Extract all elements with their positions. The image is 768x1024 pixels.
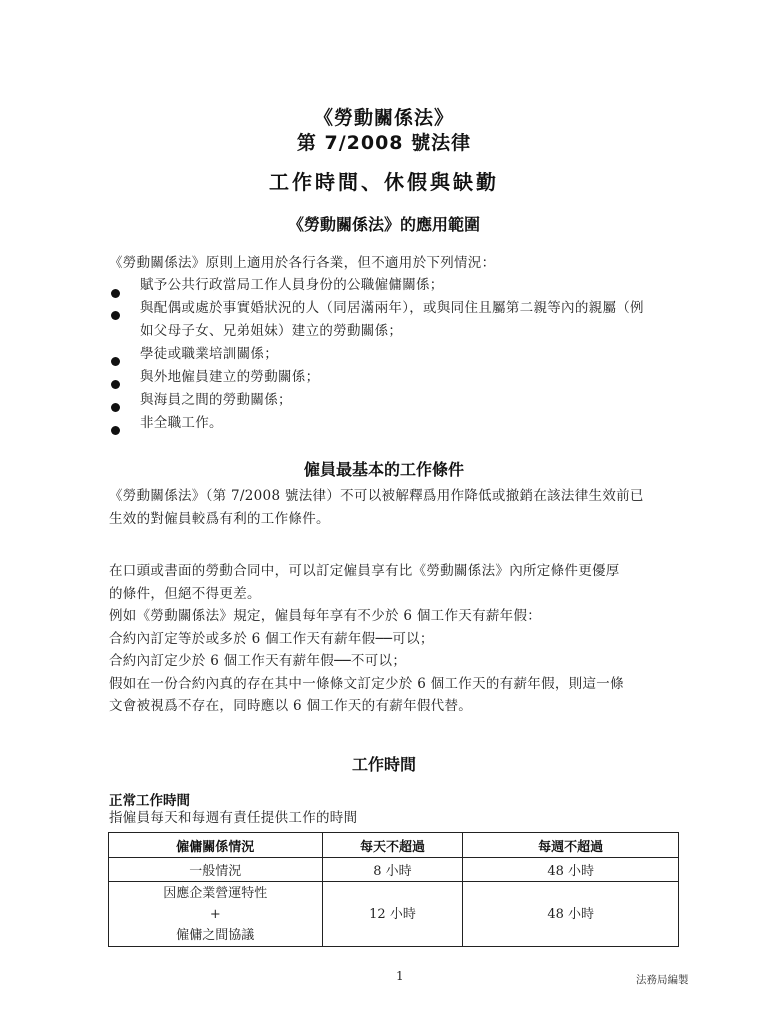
list-item: 賦予公共行政當局工作人員身份的公職僱傭關係； bbox=[140, 274, 444, 296]
cell-situation: 因應企業營運特性 + 僱傭之間協議 bbox=[109, 882, 323, 947]
working-hours-table: 僱傭關係情況 每天不超過 每週不超過 一般情況 8 小時 48 小時 因應企業營… bbox=[108, 832, 679, 947]
bullet-icon bbox=[111, 289, 120, 298]
footer-credit: 法務局編製 bbox=[636, 972, 689, 987]
text-line: 合約內訂定等於或多於 6 個工作天有薪年假──可以； bbox=[109, 628, 689, 651]
bullet-icon bbox=[111, 311, 120, 320]
text-line: 在口頭或書面的勞動合同中，可以訂定僱員享有比《勞動關係法》內所定條件更優厚 bbox=[109, 560, 689, 583]
text-line: 合約內訂定少於 6 個工作天有薪年假──不可以； bbox=[109, 650, 689, 673]
list-item: 與海員之間的勞動關係； bbox=[140, 389, 292, 411]
table-row: 一般情況 8 小時 48 小時 bbox=[109, 858, 679, 882]
cell-weekly: 48 小時 bbox=[463, 858, 679, 882]
column-header-weekly: 每週不超過 bbox=[463, 833, 679, 858]
bullet-icon bbox=[111, 380, 120, 389]
cell-situation: 一般情況 bbox=[109, 858, 323, 882]
section-heading-scope: 《勞動關係法》的應用範圍 bbox=[0, 212, 768, 235]
text-line: 文會被視爲不存在，同時應以 6 個工作天的有薪年假代替。 bbox=[109, 695, 689, 718]
table-header-row: 僱傭關係情況 每天不超過 每週不超過 bbox=[109, 833, 679, 858]
text-line: 假如在一份合約內真的存在其中一條條文訂定少於 6 個工作天的有薪年假，則這一條 bbox=[109, 673, 689, 696]
cell-daily: 8 小時 bbox=[322, 858, 463, 882]
page-number: 1 bbox=[396, 969, 404, 983]
hours-description: 指僱員每天和每週有責任提供工作的時間 bbox=[109, 807, 689, 830]
document-title: 工作時間、休假與缺勤 bbox=[0, 166, 768, 195]
list-item: 與外地僱員建立的勞動關係； bbox=[140, 366, 319, 388]
law-number: 第 7/2008 號法律 bbox=[0, 128, 768, 155]
section-heading-conditions: 僱員最基本的工作條件 bbox=[0, 457, 768, 480]
text-line: 生效的對僱員較爲有利的工作條件。 bbox=[109, 508, 689, 531]
conditions-paragraph-2: 在口頭或書面的勞動合同中，可以訂定僱員享有比《勞動關係法》內所定條件更優厚 的條… bbox=[109, 560, 689, 718]
text-line: 僱傭之間協議 bbox=[109, 925, 322, 946]
list-item: 與配偶或處於事實婚狀況的人（同居滿兩年），或與同住且屬第二親等內的親屬（例 bbox=[140, 297, 644, 319]
subheading-normal-hours: 正常工作時間 bbox=[109, 789, 190, 809]
text-line: 的條件，但絕不得更差。 bbox=[109, 583, 689, 606]
cell-daily: 12 小時 bbox=[322, 882, 463, 947]
table-row: 因應企業營運特性 + 僱傭之間協議 12 小時 48 小時 bbox=[109, 882, 679, 947]
section-heading-hours: 工作時間 bbox=[0, 752, 768, 775]
column-header-daily: 每天不超過 bbox=[322, 833, 463, 858]
text-line: + bbox=[109, 904, 322, 925]
bullet-icon bbox=[111, 403, 120, 412]
bullet-icon bbox=[111, 357, 120, 366]
law-title: 《勞動關係法》 bbox=[0, 103, 768, 130]
text-line: 例如《勞動關係法》規定，僱員每年享有不少於 6 個工作天有薪年假： bbox=[109, 605, 689, 628]
list-item-continuation: 如父母子女、兄弟姐妹）建立的勞動關係； bbox=[140, 320, 402, 342]
text-line: 因應企業營運特性 bbox=[109, 883, 322, 904]
column-header-situation: 僱傭關係情況 bbox=[109, 833, 323, 858]
bullet-icon bbox=[111, 426, 120, 435]
list-item: 學徒或職業培訓關係； bbox=[140, 343, 278, 365]
conditions-paragraph-1: 《勞動關係法》（第 7/2008 號法律）不可以被解釋爲用作降低或撤銷在該法律生… bbox=[109, 485, 689, 530]
text-line: 《勞動關係法》（第 7/2008 號法律）不可以被解釋爲用作降低或撤銷在該法律生… bbox=[109, 485, 689, 508]
cell-weekly: 48 小時 bbox=[463, 882, 679, 947]
list-item: 非全職工作。 bbox=[140, 412, 223, 434]
scope-intro: 《勞動關係法》原則上適用於各行各業，但不適用於下列情況： bbox=[109, 252, 689, 275]
document-page: 《勞動關係法》 第 7/2008 號法律 工作時間、休假與缺勤 《勞動關係法》的… bbox=[0, 0, 768, 1024]
